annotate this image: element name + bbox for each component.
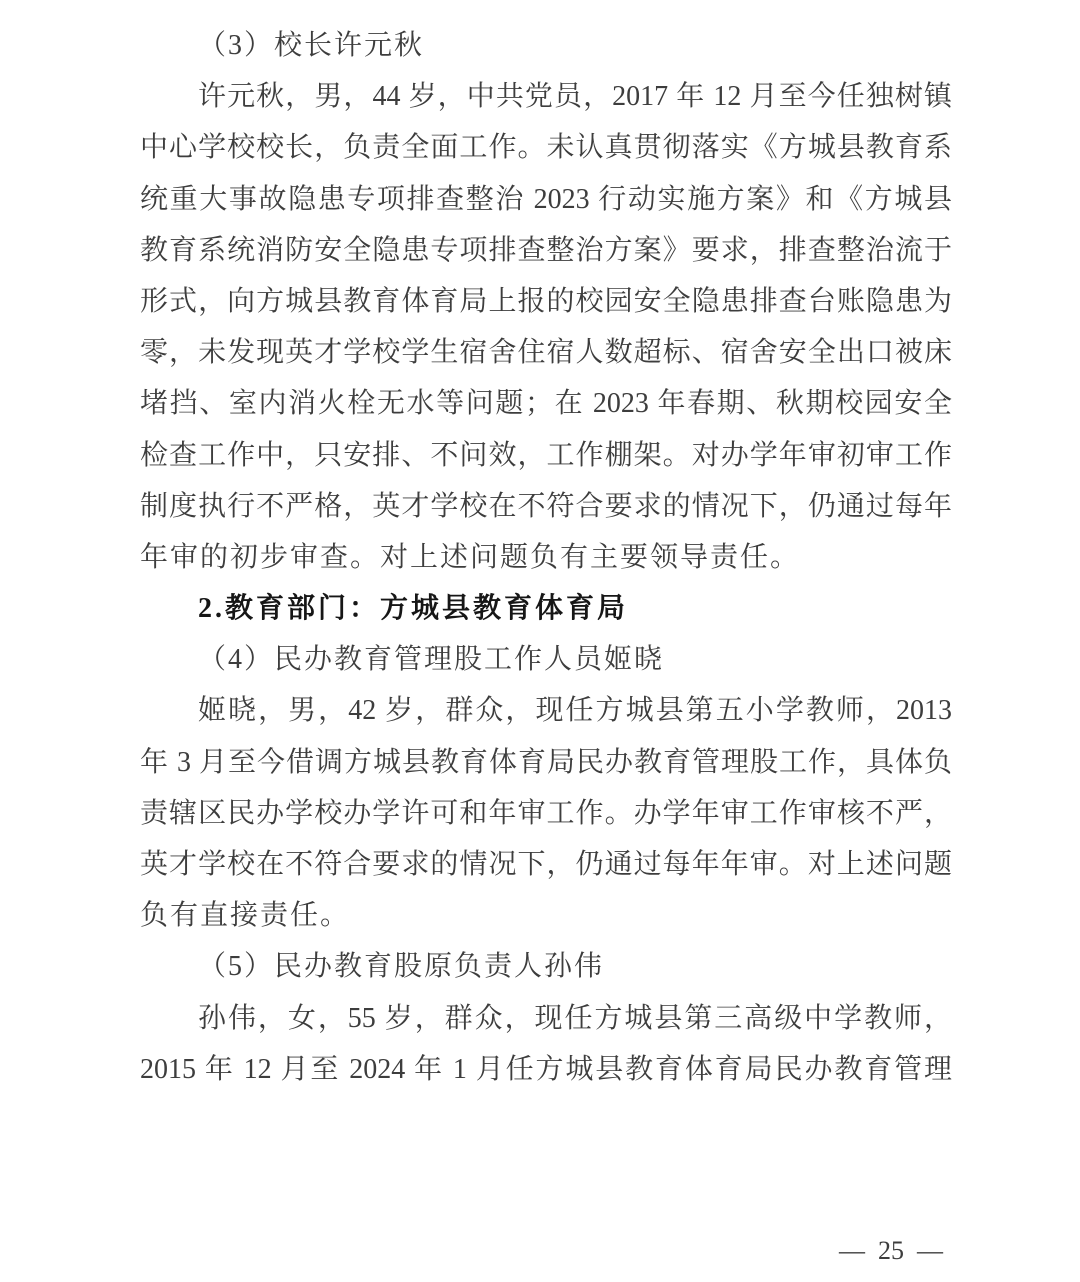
text-line: 中心学校校长，负责全面工作。未认真贯彻落实《方城县教育系	[140, 122, 952, 173]
text-line: 形式，向方城县教育体育局上报的校园安全隐患排查台账隐患为	[140, 276, 952, 327]
text-line: 统重大事故隐患专项排查整治 2023 行动实施方案》和《方城县	[140, 174, 952, 225]
text-line: （5）民办教育股原负责人孙伟	[140, 941, 952, 992]
text-line: 教育系统消防安全隐患专项排查整治方案》要求，排查整治流于	[140, 225, 952, 276]
text-line: 责辖区民办学校办学许可和年审工作。办学年审工作审核不严，	[140, 788, 952, 839]
text-line: 英才学校在不符合要求的情况下，仍通过每年年审。对上述问题	[140, 839, 952, 890]
text-line: 孙伟，女，55 岁，群众，现任方城县第三高级中学教师，	[140, 993, 952, 1044]
text-line: 年审的初步审查。对上述问题负有主要领导责任。	[140, 532, 952, 583]
page-number: — 25 —	[839, 1234, 943, 1268]
text-line: 制度执行不严格，英才学校在不符合要求的情况下，仍通过每年	[140, 481, 952, 532]
text-line: 堵挡、室内消火栓无水等问题；在 2023 年春期、秋期校园安全	[140, 378, 952, 429]
text-line: （4）民办教育管理股工作人员姬晓	[140, 634, 952, 685]
page-number-value: 25	[878, 1236, 904, 1266]
text-line: 负有直接责任。	[140, 890, 952, 941]
document-body: （3）校长许元秋许元秋，男，44 岁，中共党员，2017 年 12 月至今任独树…	[140, 20, 952, 1095]
page-number-dash-left: —	[839, 1236, 865, 1266]
text-line: 零，未发现英才学校学生宿舍住宿人数超标、宿舍安全出口被床	[140, 327, 952, 378]
text-line: 2015 年 12 月至 2024 年 1 月任方城县教育体育局民办教育管理	[140, 1044, 952, 1095]
text-line: 检查工作中，只安排、不问效，工作棚架。对办学年审初审工作	[140, 430, 952, 481]
page-number-dash-right: —	[917, 1236, 943, 1266]
text-line: 年 3 月至今借调方城县教育体育局民办教育管理股工作，具体负	[140, 737, 952, 788]
text-line: （3）校长许元秋	[140, 20, 952, 71]
text-line: 姬晓，男，42 岁，群众，现任方城县第五小学教师，2013	[140, 685, 952, 736]
section-heading: 2.教育部门：方城县教育体育局	[140, 583, 952, 634]
text-line: 许元秋，男，44 岁，中共党员，2017 年 12 月至今任独树镇	[140, 71, 952, 122]
